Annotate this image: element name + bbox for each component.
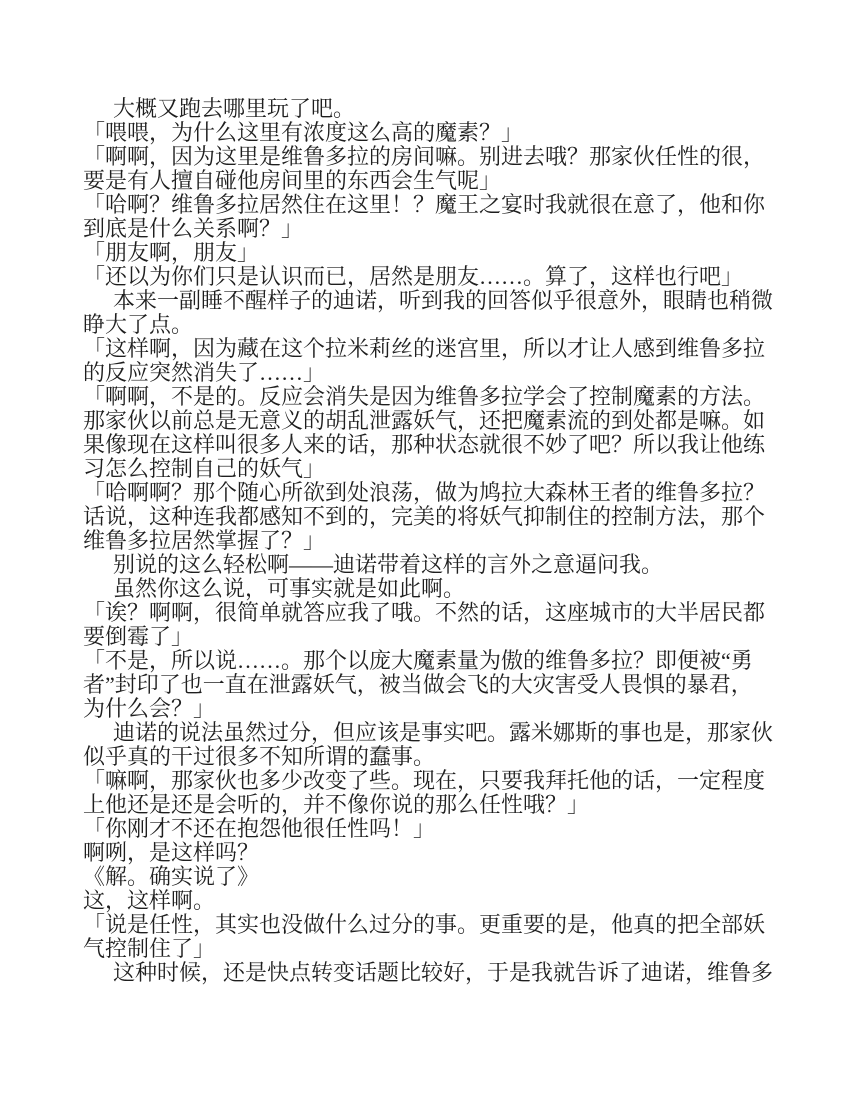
paragraph: 别说的这么轻松啊——迪诺带着这样的言外之意逼问我。 — [83, 553, 773, 577]
paragraph: 虽然你这么说，可事实就是如此啊。 — [83, 577, 773, 601]
paragraph: 「啊啊，因为这里是维鲁多拉的房间嘛。别进去哦？那家伙任性的很，要是有人擅自碰他房… — [83, 145, 773, 193]
paragraph: 「诶？啊啊，很简单就答应我了哦。不然的话，这座城市的大半居民都要倒霉了」 — [83, 601, 773, 649]
paragraph: 「嘛啊，那家伙也多少改变了些。现在，只要我拜托他的话，一定程度上他还是还是会听的… — [83, 769, 773, 817]
paragraph: 这种时候，还是快点转变话题比较好，于是我就告诉了迪诺，维鲁多 — [83, 961, 773, 985]
paragraph: 「你刚才不还在抱怨他很任性吗！」 — [83, 817, 773, 841]
text-block: 大概又跑去哪里玩了吧。「喂喂，为什么这里有浓度这么高的魔素？」「啊啊，因为这里是… — [83, 97, 773, 985]
paragraph: 「喂喂，为什么这里有浓度这么高的魔素？」 — [83, 121, 773, 145]
paragraph: 「还以为你们只是认识而已，居然是朋友……。算了，这样也行吧」 — [83, 265, 773, 289]
paragraph: 《解。确实说了》 — [83, 865, 773, 889]
paragraph: 这，这样啊。 — [83, 889, 773, 913]
paragraph: 本来一副睡不醒样子的迪诺，听到我的回答似乎很意外，眼睛也稍微睁大了点。 — [83, 289, 773, 337]
paragraph: 啊咧，是这样吗？ — [83, 841, 773, 865]
novel-page: 大概又跑去哪里玩了吧。「喂喂，为什么这里有浓度这么高的魔素？」「啊啊，因为这里是… — [0, 0, 850, 1100]
paragraph: 「哈啊？维鲁多拉居然住在这里！？魔王之宴时我就很在意了，他和你到底是什么关系啊？… — [83, 193, 773, 241]
paragraph: 「不是，所以说……。那个以庞大魔素量为傲的维鲁多拉？即便被“勇者”封印了也一直在… — [83, 649, 773, 721]
paragraph: 「啊啊，不是的。反应会消失是因为维鲁多拉学会了控制魔素的方法。那家伙以前总是无意… — [83, 385, 773, 481]
paragraph: 迪诺的说法虽然过分，但应该是事实吧。露米娜斯的事也是，那家伙似乎真的干过很多不知… — [83, 721, 773, 769]
paragraph: 「哈啊啊？那个随心所欲到处浪荡，做为鸠拉大森林王者的维鲁多拉？话说，这种连我都感… — [83, 481, 773, 553]
paragraph: 「说是任性，其实也没做什么过分的事。更重要的是，他真的把全部妖气控制住了」 — [83, 913, 773, 961]
paragraph: 「朋友啊，朋友」 — [83, 241, 773, 265]
paragraph: 大概又跑去哪里玩了吧。 — [83, 97, 773, 121]
paragraph: 「这样啊，因为藏在这个拉米莉丝的迷宫里，所以才让人感到维鲁多拉的反应突然消失了…… — [83, 337, 773, 385]
